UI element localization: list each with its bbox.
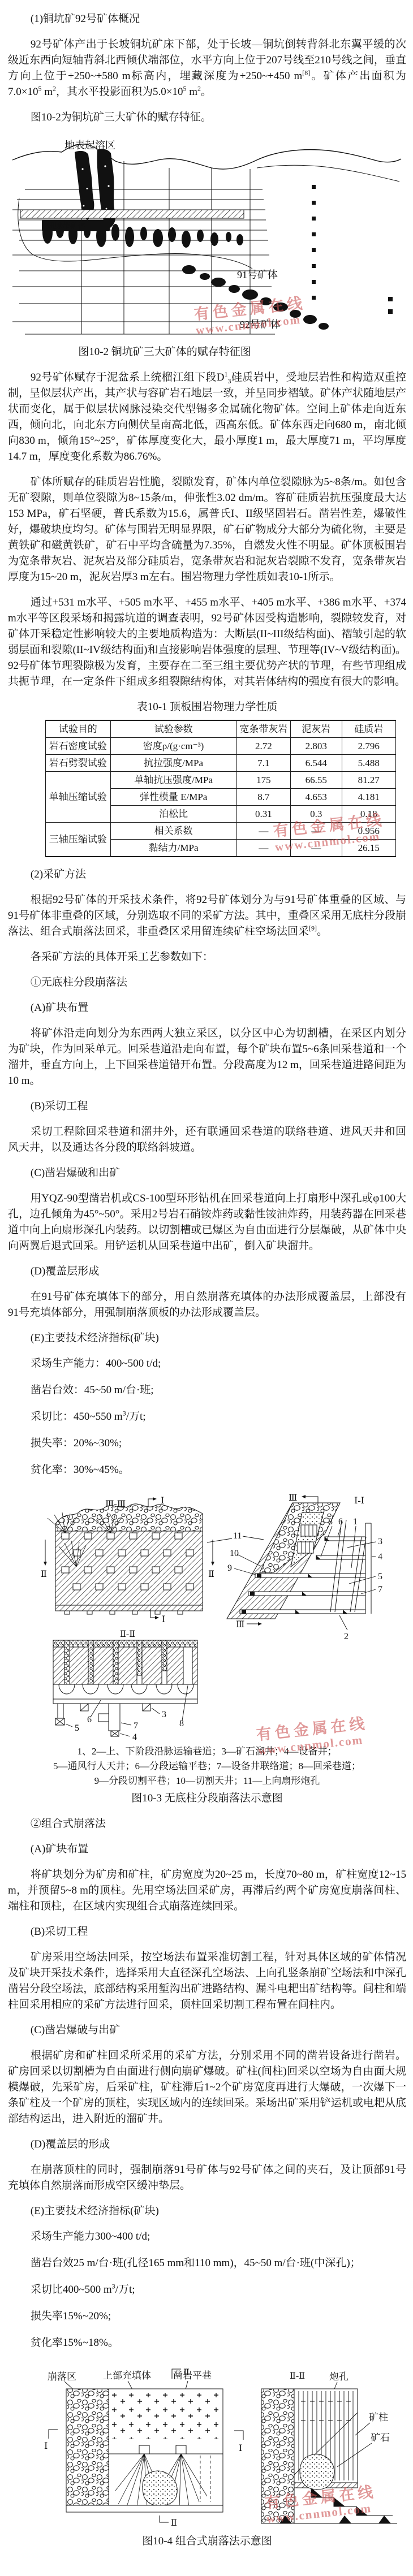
paragraph: 在崩落顶柱的同时，强制崩落91号矿体与92号矿体之间的夹石，及让顶部91号充填体… bbox=[8, 2162, 406, 2194]
orebody-contour bbox=[18, 198, 252, 269]
callout: 5 bbox=[378, 1572, 382, 1581]
indicator-item: 贫化率：30%~45%。 bbox=[8, 1462, 406, 1478]
table-value-cell: — bbox=[236, 823, 290, 840]
subsection-heading: (B)采切工程 bbox=[8, 1924, 406, 1940]
table-value-cell: 0.956 bbox=[342, 823, 395, 840]
indicator-item: 采场生产能力300~400 t/d; bbox=[8, 2229, 406, 2245]
table-row: 三轴压缩试验相关系数——0.956 bbox=[46, 823, 396, 840]
step-structure bbox=[294, 2488, 393, 2516]
callout: 5 bbox=[75, 1723, 79, 1733]
callout: 2 bbox=[344, 1632, 349, 1641]
callout: 3 bbox=[162, 1710, 166, 1719]
subsection-heading: (D)覆盖层形成 bbox=[8, 1264, 406, 1280]
indicator-item: 采切比：450~550 m3/万t; bbox=[8, 1409, 406, 1425]
table-value-cell: 66.55 bbox=[291, 772, 342, 789]
callout: 7 bbox=[378, 1585, 382, 1594]
table-header-row: 试验目的试验参数宽条带灰岩泥灰岩硅质岩 bbox=[46, 720, 396, 738]
table-value-cell: 81.27 bbox=[342, 772, 395, 789]
figure-caption: 图10-4 组合式崩落法示意图 bbox=[8, 2534, 406, 2549]
table-header-cell: 试验目的 bbox=[46, 720, 111, 738]
table-value-cell: 2.803 bbox=[291, 738, 342, 755]
figure-caption: 图10-3 无底柱分段崩落法示意图 bbox=[8, 1791, 406, 1806]
callout: 7 bbox=[134, 1721, 138, 1731]
paragraph: 根据92号矿体的开采技术条件，将92号矿体划分为与91号矿体重叠的区域、与91号… bbox=[8, 892, 406, 940]
table-group-cell: 单轴压缩试验 bbox=[46, 772, 111, 823]
callout: 10 bbox=[230, 1549, 239, 1558]
callout: 4 bbox=[132, 1732, 137, 1742]
paragraph: 矿体所赋存的硅质岩岩性脆，裂隙发育，矿体内单位裂隙脉为5~8条/m。如包含无矿裂… bbox=[8, 474, 406, 585]
paragraph: 根据矿房和矿柱回采所采用的采矿方法，分别采用不同的凿岩设备进行凿岩。矿房回采以切… bbox=[8, 2048, 406, 2127]
caved-cover-band bbox=[53, 1640, 197, 1647]
table-param-cell: 黏结力/MPa bbox=[110, 840, 236, 857]
caved-zone-column bbox=[66, 2389, 109, 2505]
subsection-heading: (C)凿岩爆破和出矿 bbox=[8, 1165, 406, 1181]
table-header-cell: 硅质岩 bbox=[342, 720, 395, 738]
subsection-heading: (A)矿块布置 bbox=[8, 1000, 406, 1016]
figure-10-4: Ⅱ 崩落区 上部充填体 凿岩平巷 Ⅰ bbox=[8, 2362, 406, 2532]
section-mark: Ⅱ-Ⅱ bbox=[120, 1630, 135, 1639]
figure-label: 矿柱 bbox=[369, 2412, 388, 2423]
figure-label: 矿石 bbox=[371, 2432, 390, 2443]
paragraph: 图10-2为铜坑矿三大矿体的赋存特征。 bbox=[8, 110, 406, 126]
section-heading-2: (2)采矿方法 bbox=[8, 867, 406, 883]
table-value-cell: 175 bbox=[236, 772, 290, 789]
charge-field bbox=[109, 2389, 222, 2439]
subsection-heading: (A)矿块布置 bbox=[8, 1842, 406, 1857]
section-mark: Ⅲ bbox=[236, 1620, 244, 1630]
paragraph: 各采矿方法的具体开采工艺参数如下： bbox=[8, 949, 406, 965]
section-mark: Ⅱ bbox=[171, 2518, 177, 2528]
table-param-cell: 相关系数 bbox=[110, 823, 236, 840]
figure-10-3: Ⅲ-Ⅲ Ⅰ Ⅱ Ⅱ Ⅰ bbox=[8, 1489, 406, 1743]
ore-block-lower bbox=[53, 1647, 197, 1684]
callout: 3 bbox=[378, 1537, 382, 1546]
callout: 6 bbox=[338, 1517, 343, 1527]
table-row: 岩石密度试验密度ρ/(g·cm⁻³)2.722.8032.796 bbox=[46, 738, 396, 755]
callout: 8 bbox=[328, 1517, 333, 1527]
table-value-cell: 8.7 bbox=[236, 789, 290, 806]
caved-zone-column bbox=[261, 2389, 294, 2523]
paragraph: 通过+531 m水平、+505 m水平、+455 m水平、+405 m水平、+3… bbox=[8, 595, 406, 690]
figure-10-2-diagram: 地表起溶区 bbox=[8, 135, 404, 343]
table-value-cell: — bbox=[291, 823, 342, 840]
lower-structures bbox=[55, 1704, 150, 1736]
section-cut-mark bbox=[234, 2431, 243, 2440]
table-value-cell: — bbox=[236, 840, 290, 857]
paragraph: 将矿体沿走向划分为东西两大独立采区，以分区中心为切割槽，在采区内划分为矿块，作为… bbox=[8, 1026, 406, 1089]
table-param-cell: 单轴抗压强度/MPa bbox=[110, 772, 236, 789]
table-value-cell: 0.31 bbox=[236, 806, 290, 823]
section-heading-1: (1)铜坑矿92号矿体概况 bbox=[8, 11, 406, 27]
table-value-cell: 2.72 bbox=[236, 738, 290, 755]
table-param-cell: 弹性模量 E/MPa bbox=[110, 789, 236, 806]
figure-label: 炮孔 bbox=[329, 2371, 349, 2382]
base-notches bbox=[279, 2516, 391, 2523]
section-mark: Ⅱ bbox=[41, 1570, 47, 1579]
paragraph: 92号矿体产出于长坡铜坑矿床下部，处于长坡—铜坑倒转背斜北东翼平缓的次级近东西向… bbox=[8, 37, 406, 100]
figure-legend: 9—分段切割平巷；10—切割天井；11—上向扇形炮孔 bbox=[8, 1774, 406, 1788]
section-cut-mark bbox=[160, 2516, 169, 2522]
subsection-heading: (E)主要技术经济指标(矿块) bbox=[8, 1330, 406, 1346]
section-mark: Ⅰ-Ⅰ bbox=[354, 1496, 364, 1506]
indicator-item: 损失率：20%~30%; bbox=[8, 1436, 406, 1451]
table-row: 单轴压缩试验单轴抗压强度/MPa17566.5581.27 bbox=[46, 772, 396, 789]
table-value-cell: 4.653 bbox=[291, 789, 342, 806]
figure-label: 凿岩平巷 bbox=[173, 2370, 212, 2381]
indicator-item: 贫化率15%~18%。 bbox=[8, 2335, 406, 2351]
callout: 11 bbox=[233, 1531, 242, 1541]
figure-10-3-diagram: Ⅲ-Ⅲ Ⅰ Ⅱ Ⅱ Ⅰ bbox=[8, 1489, 404, 1743]
method-2-heading: ②组合式崩落法 bbox=[8, 1816, 406, 1832]
figure-10-2: 地表起溶区 bbox=[8, 135, 406, 343]
paragraph: 92号矿体赋存于泥盆系上统榴江组下段D13硅质岩中，受地层岩性和构造双重控制，呈… bbox=[8, 370, 406, 465]
paragraph: 在91号矿体充填体下的部分，用自然崩落充填体的办法形成覆盖层，上部没有91号充填… bbox=[8, 1289, 406, 1321]
indicator-item: 采切比400~500 m3/万t; bbox=[8, 2282, 406, 2298]
floor-band bbox=[66, 2505, 223, 2512]
indicator-item: 凿岩台效：45~50 m/台·班; bbox=[8, 1382, 406, 1398]
table-value-cell: 6.544 bbox=[291, 755, 342, 772]
section-cut-mark bbox=[49, 2430, 58, 2439]
table-header-cell: 试验参数 bbox=[110, 720, 236, 738]
figure-label: 上部充填体 bbox=[103, 2370, 151, 2381]
figure-label: 92号矿体 bbox=[240, 319, 281, 330]
section-mark: Ⅱ-Ⅱ bbox=[290, 2371, 305, 2381]
callout: 4 bbox=[378, 1552, 382, 1562]
haulage-floor bbox=[53, 1699, 197, 1704]
grid-lines bbox=[12, 152, 275, 334]
section-mark: Ⅰ bbox=[239, 2444, 242, 2453]
table-param-cell: 密度ρ/(g·cm⁻³) bbox=[110, 738, 236, 755]
indicator-item: 凿岩台效25 m/台·班(孔径165 mm和110 mm)，45~50 m/台·… bbox=[8, 2255, 406, 2271]
section-mark: Ⅰ bbox=[44, 2441, 48, 2451]
table-value-cell: 0.18 bbox=[342, 806, 395, 823]
base-strip bbox=[55, 1605, 203, 1611]
callout: 8 bbox=[179, 1719, 184, 1728]
table-param-cell: 泊松比 bbox=[110, 806, 236, 823]
table-header-cell: 宽条带灰岩 bbox=[236, 720, 290, 738]
drawpoint-gallery bbox=[53, 1684, 197, 1699]
table-value-cell: 26.15 bbox=[342, 840, 395, 857]
table-group-cell: 岩石劈裂试验 bbox=[46, 755, 111, 772]
section-mark: Ⅰ bbox=[162, 1615, 165, 1624]
indicator-item: 采场生产能力：400~500 t/d; bbox=[8, 1356, 406, 1372]
base-ticks bbox=[64, 1611, 183, 1614]
hatched-band bbox=[20, 210, 244, 218]
table-caption: 表10-1 顶板围岩物理力学性质 bbox=[8, 699, 406, 715]
callout: 1 bbox=[353, 1517, 358, 1527]
drillhole-markers bbox=[312, 185, 393, 314]
figure-label: 91号矿体 bbox=[237, 269, 278, 280]
table-param-cell: 抗拉强度/MPa bbox=[110, 755, 236, 772]
method-1-heading: ①无底柱分段崩落法 bbox=[8, 975, 406, 991]
vertical-shafts bbox=[330, 1520, 371, 1614]
paragraph: 将矿块划分为矿房和矿柱，矿房宽度为20~25 m，长度70~80 m，矿柱宽度1… bbox=[8, 1867, 406, 1914]
subsection-heading: (D)覆盖层的形成 bbox=[8, 2137, 406, 2153]
figure-label: 细脉带矿体 bbox=[46, 221, 86, 231]
caved-mound bbox=[55, 1504, 203, 1531]
document-page: (1)铜坑矿92号矿体概况 92号矿体产出于长坡铜坑矿床下部，处于长坡—铜坑倒转… bbox=[0, 0, 413, 2576]
table-value-cell: 4.181 bbox=[342, 789, 395, 806]
section-mark: Ⅱ bbox=[208, 1570, 214, 1579]
step-notches bbox=[311, 2488, 368, 2516]
surface-contour bbox=[257, 165, 399, 181]
figure-legend: 5—通风行人天井；6—分段运输平巷；7—设备井联络道；8—回采巷道； bbox=[8, 1759, 406, 1774]
subsection-heading: (B)采切工程 bbox=[8, 1099, 406, 1114]
table-row: 岩石劈裂试验抗拉强度/MPa7.16.5445.488 bbox=[46, 755, 396, 772]
table-value-cell: 7.1 bbox=[236, 755, 290, 772]
figure-label: 崩落区 bbox=[48, 2371, 76, 2382]
paragraph: 用YQZ-90型凿岩机或CS-100型环形钻机在回采巷道向上打扇形中深孔或φ10… bbox=[8, 1191, 406, 1254]
broken-ore-pile bbox=[300, 2454, 334, 2489]
figure-legend: 1、2—上、下阶段沿脉运输巷道；3—矿石溜井；4—设备井； bbox=[8, 1744, 406, 1759]
subsection-heading: (E)主要技术经济指标(矿块) bbox=[8, 2203, 406, 2219]
section-mark: Ⅲ bbox=[289, 1493, 297, 1503]
table-value-cell: 0.3 bbox=[291, 806, 342, 823]
subsection-heading: (C)凿岩爆破与出矿 bbox=[8, 2022, 406, 2038]
indicator-item: 损失率15%~20%; bbox=[8, 2309, 406, 2324]
table-value-cell: — bbox=[291, 840, 342, 857]
table-group-cell: 岩石密度试验 bbox=[46, 738, 111, 755]
callout: 9 bbox=[227, 1563, 232, 1573]
table-value-cell: 5.488 bbox=[342, 755, 395, 772]
figure-10-4-diagram: Ⅱ 崩落区 上部充填体 凿岩平巷 Ⅰ bbox=[8, 2362, 404, 2532]
properties-table: 试验目的试验参数宽条带灰岩泥灰岩硅质岩 岩石密度试验密度ρ/(g·cm⁻³)2.… bbox=[45, 720, 396, 857]
section-mark: Ⅰ bbox=[161, 1496, 164, 1506]
table-group-cell: 三轴压缩试验 bbox=[46, 823, 111, 857]
paragraph: 采切工程除回采巷道和溜井外，还有联通回采巷道的联络巷道、进风天井和回风天井，以及… bbox=[8, 1124, 406, 1156]
paragraph: 矿房采用空场法回采，按空场法布置采准切割工程，针对具体区域的矿体情况及矿块开采技… bbox=[8, 1950, 406, 2013]
table-10-1: 试验目的试验参数宽条带灰岩泥灰岩硅质岩 岩石密度试验密度ρ/(g·cm⁻³)2.… bbox=[8, 720, 406, 857]
figure-caption: 图10-2 铜坑矿三大矿体的赋存特征图 bbox=[8, 344, 321, 360]
table-header-cell: 泥灰岩 bbox=[291, 720, 342, 738]
table-value-cell: 2.796 bbox=[342, 738, 395, 755]
callout: 6 bbox=[87, 1715, 92, 1724]
